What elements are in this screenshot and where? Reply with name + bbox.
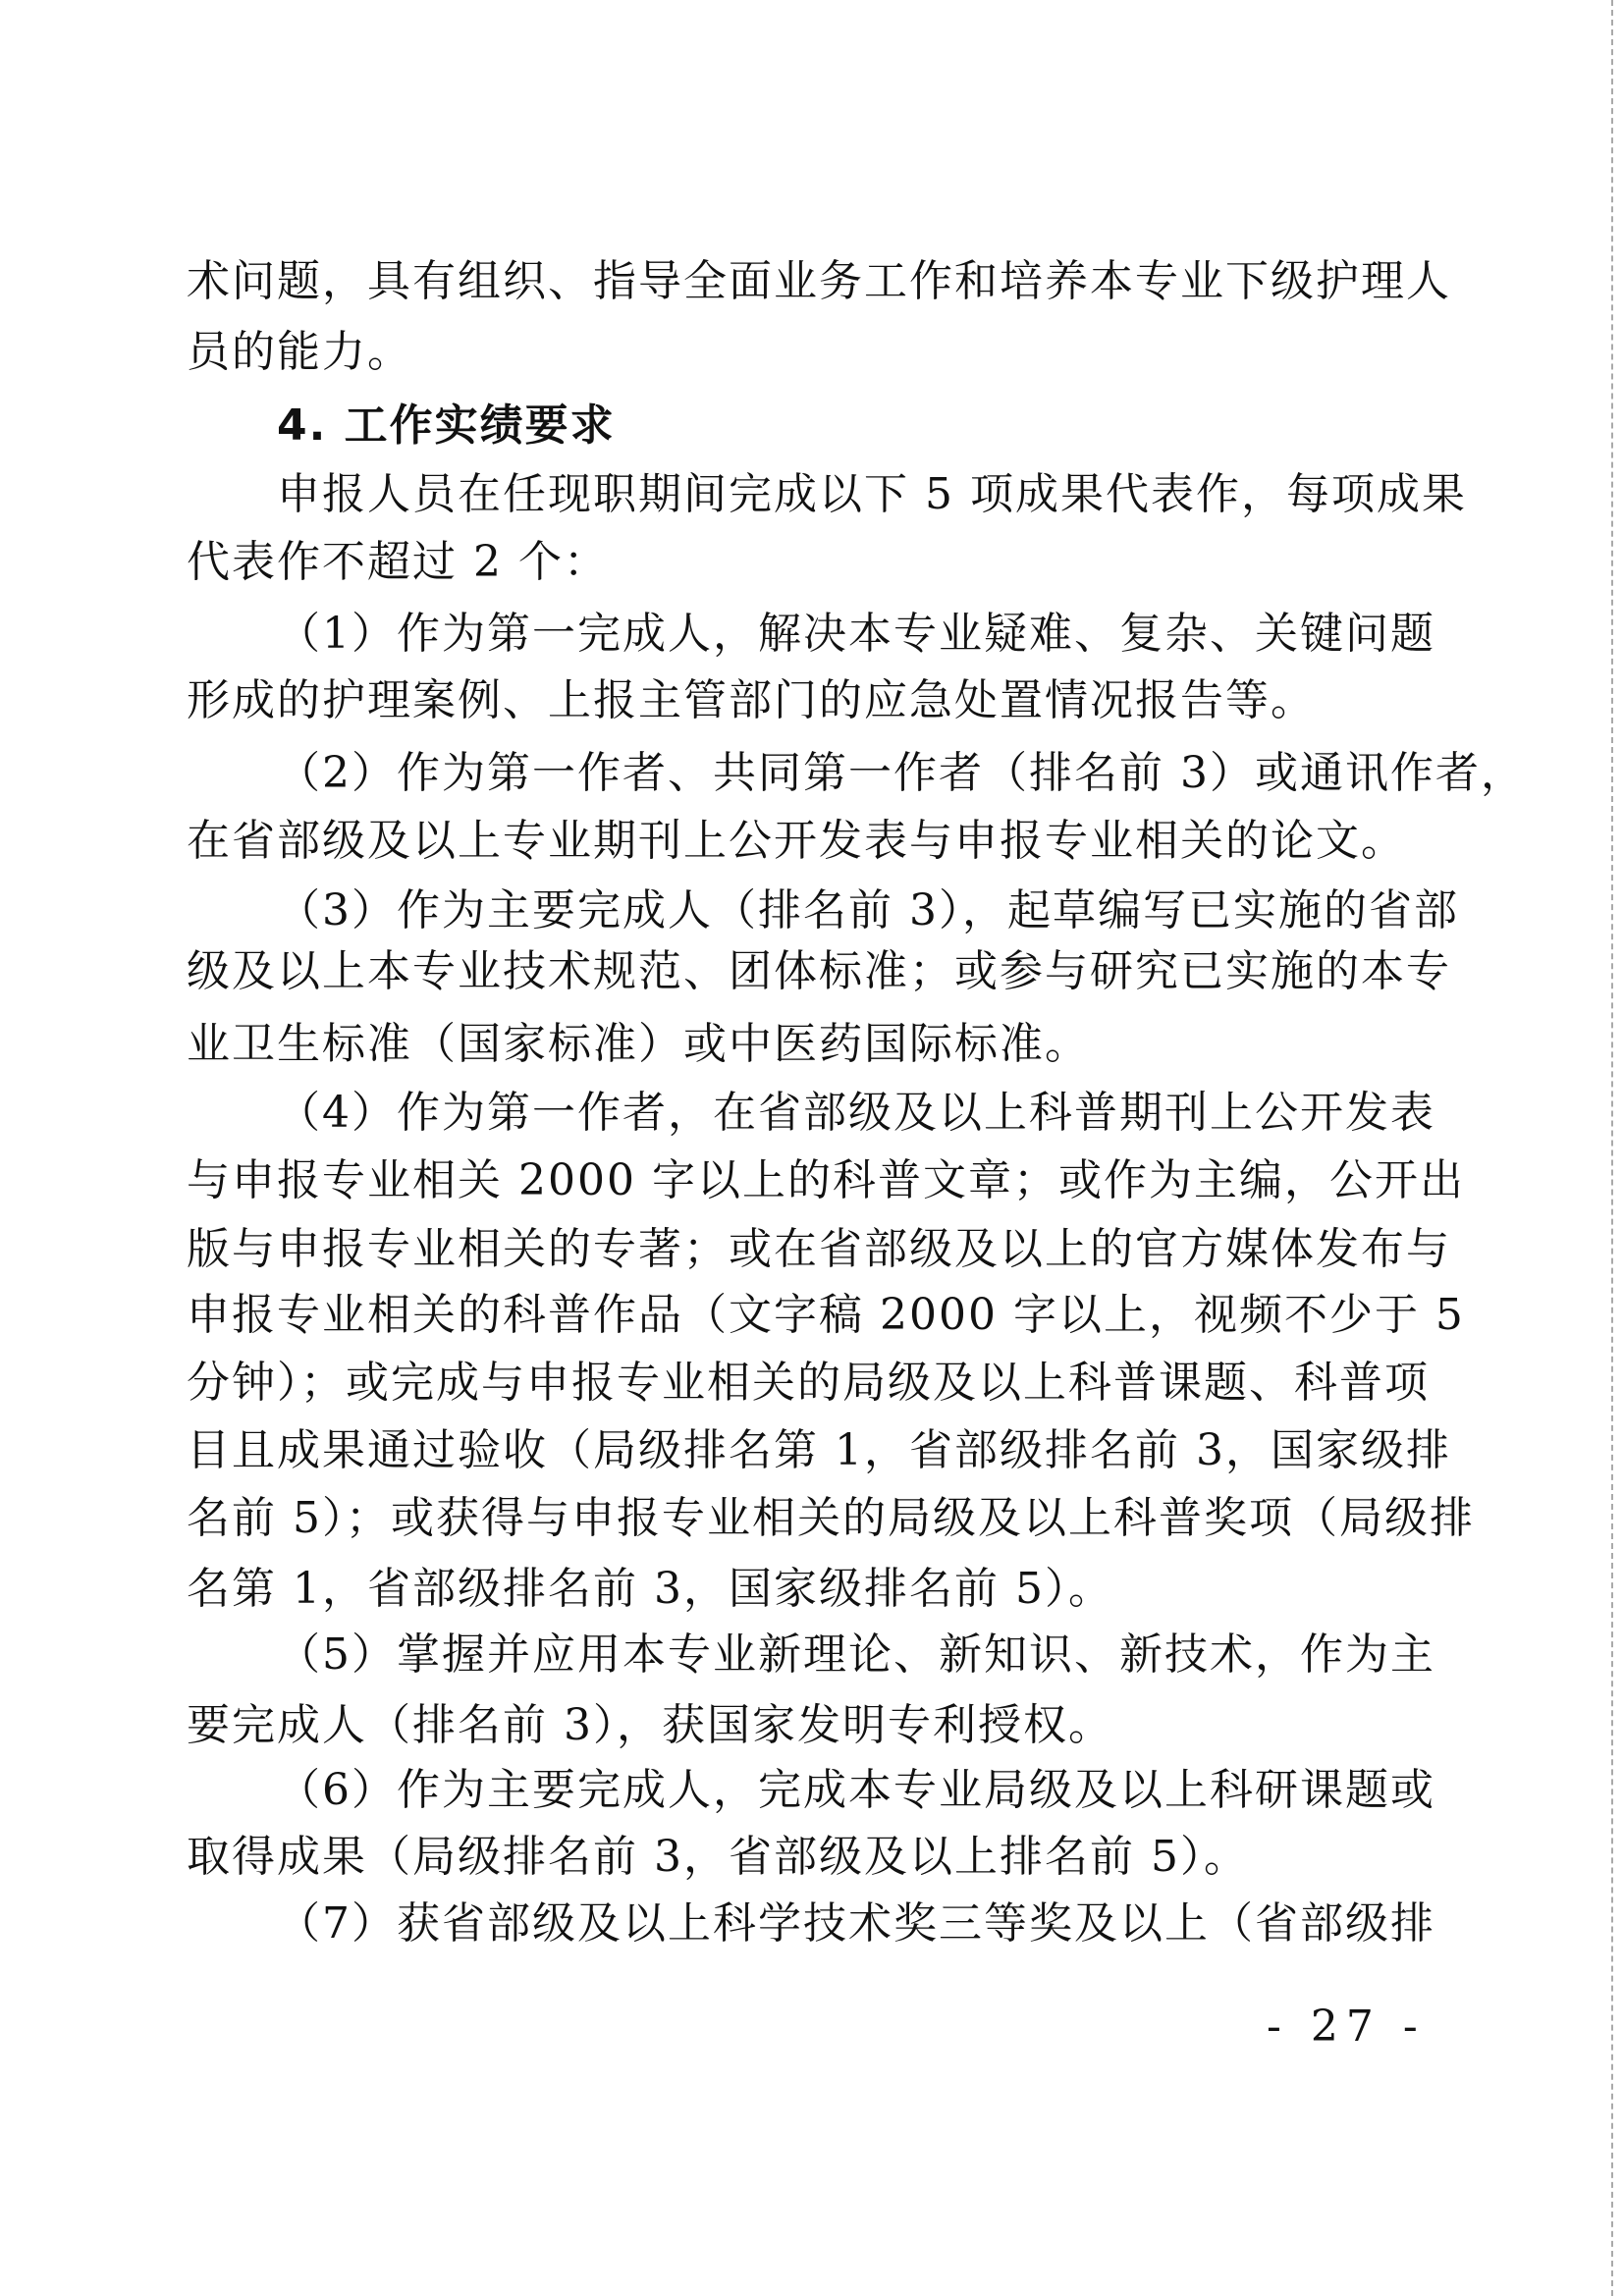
- text-line: 级及以上本专业技术规范、团体标准；或参与研究已实施的本专: [187, 942, 1404, 1001]
- text-line: 名前 5）；或获得与申报专业相关的局级及以上科普奖项（局级排: [187, 1489, 1404, 1548]
- text-line: （3）作为主要完成人（排名前 3），起草编写已实施的省部: [277, 881, 1404, 940]
- text-line: 术问题，具有组织、指导全面业务工作和培养本专业下级护理人: [187, 252, 1404, 311]
- text-line: （7）获省部级及以上科学技术奖三等奖及以上（省部级排: [277, 1895, 1404, 1953]
- text-line: 员的能力。: [187, 323, 1404, 382]
- text-line: 名第 1，省部级排名前 3，国家级排名前 5）。: [187, 1560, 1404, 1619]
- text-line: （6）作为主要完成人，完成本专业局级及以上科研课题或: [277, 1761, 1404, 1820]
- text-line: 分钟）；或完成与申报专业相关的局级及以上科普课题、科普项: [187, 1354, 1404, 1413]
- text-line: 要完成人（排名前 3），获国家发明专利授权。: [187, 1696, 1404, 1755]
- page-number: - 27 -: [1267, 1998, 1426, 2056]
- text-line: 代表作不超过 2 个：: [187, 533, 1404, 592]
- text-line: （5）掌握并应用本专业新理论、新知识、新技术，作为主: [277, 1626, 1404, 1684]
- text-line: （4）作为第一作者，在省部级及以上科普期刊上公开发表: [277, 1084, 1404, 1143]
- text-line: 版与申报专业相关的专著；或在省部级及以上的官方媒体发布与: [187, 1220, 1404, 1279]
- text-line: （2）作为第一作者、共同第一作者（排名前 3）或通讯作者，: [277, 744, 1404, 803]
- text-line: 业卫生标准（国家标准）或中医药国际标准。: [187, 1015, 1404, 1074]
- text-line: 申报专业相关的科普作品（文字稿 2000 字以上，视频不少于 5: [187, 1286, 1404, 1345]
- text-line: （1）作为第一完成人，解决本专业疑难、复杂、关键问题: [277, 605, 1404, 664]
- text-line: 形成的护理案例、上报主管部门的应急处置情况报告等。: [187, 671, 1404, 730]
- text-line: 与申报专业相关 2000 字以上的科普文章；或作为主编，公开出: [187, 1151, 1404, 1210]
- text-line: 取得成果（局级排名前 3，省部级及以上排名前 5）。: [187, 1828, 1404, 1887]
- section-heading: 4. 工作实绩要求: [277, 397, 1404, 455]
- text-line: 在省部级及以上专业期刊上公开发表与申报专业相关的论文。: [187, 812, 1404, 871]
- text-line: 申报人员在任现职期间完成以下 5 项成果代表作，每项成果: [277, 465, 1404, 524]
- scan-edge-line: [1611, 0, 1613, 2296]
- text-line: 目且成果通过验收（局级排名第 1，省部级排名前 3，国家级排: [187, 1421, 1404, 1480]
